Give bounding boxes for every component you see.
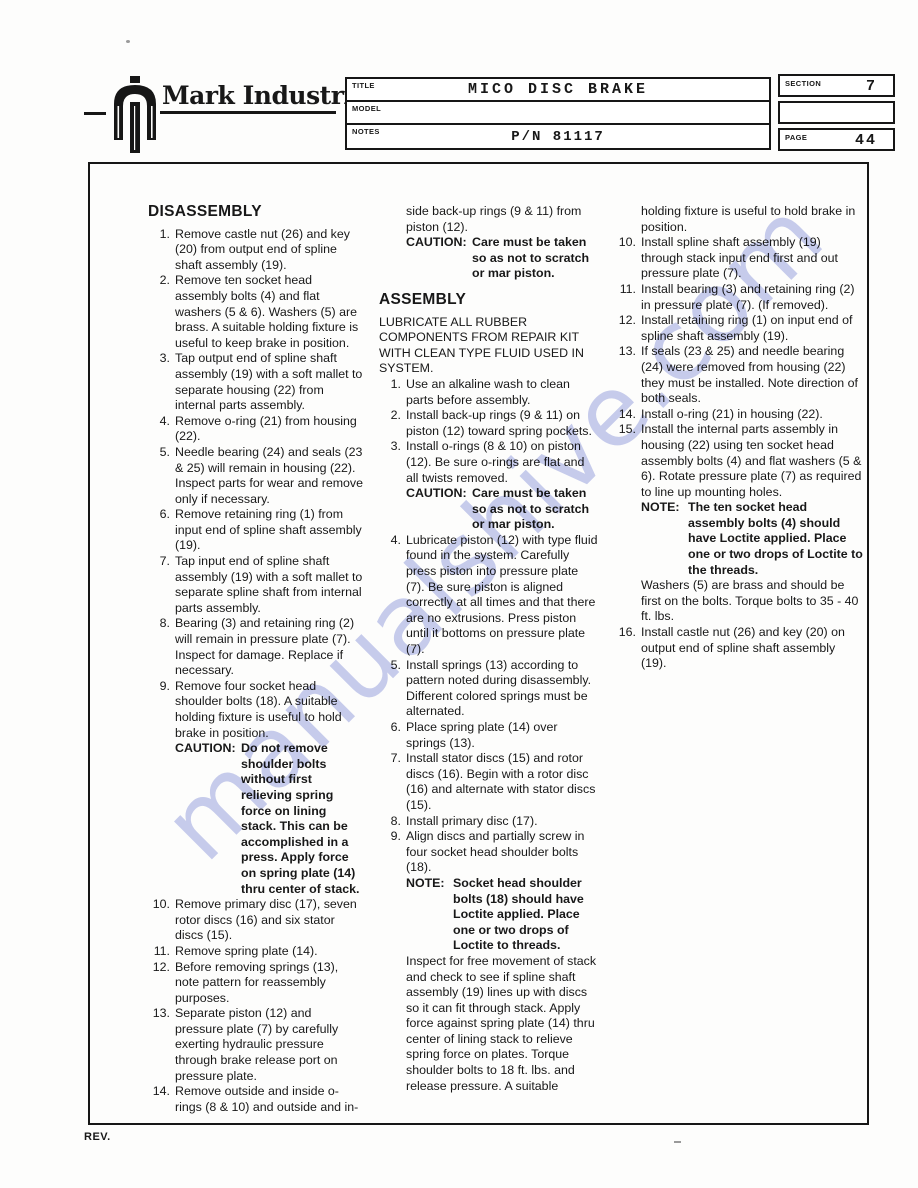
header-rule-left [84,112,106,115]
list-item: 8.Bearing (3) and retaining ring (2) wil… [148,616,363,678]
column-3: holding fixture is useful to hold brake … [614,204,863,1115]
list-item: 2.Install back-up rings (9 & 11) on pist… [379,408,598,439]
item-number: 6. [148,507,170,554]
item-text: Install castle nut (26) and key (20) on … [641,625,863,672]
item-number: 10. [614,235,636,282]
item-text: Place spring plate (14) over springs (13… [406,720,598,751]
item-text: If seals (23 & 25) and needle bearing (2… [641,344,863,406]
item-text: Install retaining ring (1) on input end … [641,313,863,344]
list-item: 4.Lubricate piston (12) with type fluid … [379,533,598,658]
item-text: Use an alkaline wash to clean parts befo… [406,377,598,408]
item-text: Install back-up rings (9 & 11) on piston… [406,408,598,439]
item-number: 8. [379,814,401,830]
list-item: 9.Align discs and partially screw in fou… [379,829,598,876]
caution-block: CAUTION:Do not remove shoulder bolts wit… [175,741,363,897]
caution-text: Care must be taken so as not to scratch … [472,235,598,282]
item-number: 7. [148,554,170,616]
list-item: 10.Install spline shaft assembly (19) th… [614,235,863,282]
item-text: Remove ten socket head assembly bolts (4… [175,273,363,351]
item-text: Install bearing (3) and retaining ring (… [641,282,863,313]
notes-label: NOTES [352,127,380,136]
note-block: NOTE:Socket head shoulder bolts (18) sho… [406,876,598,954]
list-item: 7.Tap input end of spline shaft assembly… [148,554,363,616]
list-item: 7.Install stator discs (15) and rotor di… [379,751,598,813]
item-number: 4. [379,533,401,658]
list-item: 4.Remove o-ring (21) from housing (22). [148,414,363,445]
column-2: side back-up rings (9 & 11) from piston … [379,204,598,1115]
caution-text: Do not remove shoulder bolts without fir… [241,741,363,897]
item-text: Remove outside and inside o-rings (8 & 1… [175,1084,363,1115]
caution-label: CAUTION: [406,235,472,282]
item-number: 9. [148,679,170,741]
caution-block: CAUTION:Care must be taken so as not to … [406,486,598,533]
list-item: 3.Install o-rings (8 & 10) on piston (12… [379,439,598,486]
item-number: 16. [614,625,636,672]
item-text: Bearing (3) and retaining ring (2) will … [175,616,363,678]
list-item: 15.Install the internal parts assembly i… [614,422,863,500]
section-cell: SECTION 7 [778,74,895,97]
item-number: 10. [148,897,170,944]
item-number: 9. [379,829,401,876]
item-number: 13. [148,1006,170,1084]
item-number: 5. [379,658,401,720]
caution-block: CAUTION:Care must be taken so as not to … [406,235,598,282]
list-item: 14.Install o-ring (21) in housing (22). [614,407,863,423]
item-text: Remove primary disc (17), seven rotor di… [175,897,363,944]
item-text: Before removing springs (13), note patte… [175,960,363,1007]
item-text: Remove four socket head shoulder bolts (… [175,679,363,741]
item-text: Remove spring plate (14). [175,944,363,960]
item-text: Install the internal parts assembly in h… [641,422,863,500]
item-number: 13. [614,344,636,406]
page-label: PAGE [785,133,807,142]
note-text: Socket head shoulder bolts (18) should h… [453,876,598,954]
caution-label: CAUTION: [406,486,472,533]
list-item: 12.Install retaining ring (1) on input e… [614,313,863,344]
continued-text: holding fixture is useful to hold brake … [641,204,863,235]
list-item: 14.Remove outside and inside o-rings (8 … [148,1084,363,1115]
lead-paragraph: LUBRICATE ALL RUBBER COMPONENTS FROM REP… [379,315,598,377]
page-value: 44 [855,132,877,149]
title-row: TITLE MICO DISC BRAKE [347,79,769,102]
section-value: 7 [866,78,877,95]
item-number: 8. [148,616,170,678]
section-label: SECTION [785,79,821,88]
item-number: 1. [379,377,401,408]
continued-text: side back-up rings (9 & 11) from piston … [406,204,598,235]
list-item: 11.Remove spring plate (14). [148,944,363,960]
list-item: 1.Remove castle nut (26) and key (20) fr… [148,227,363,274]
note-text: The ten socket head assembly bolts (4) s… [688,500,863,578]
caution-text: Care must be taken so as not to scratch … [472,486,598,533]
list-item: 13.Separate piston (12) and pressure pla… [148,1006,363,1084]
item-number: 14. [614,407,636,423]
blank-cell [778,101,895,124]
rev-label: REV. [84,1131,111,1143]
title-label: TITLE [352,81,375,90]
item-text: Install stator discs (15) and rotor disc… [406,751,598,813]
note-block: NOTE:The ten socket head assembly bolts … [641,500,863,578]
list-item: 1.Use an alkaline wash to clean parts be… [379,377,598,408]
item-number: 5. [148,445,170,507]
list-item: 12.Before removing springs (13), note pa… [148,960,363,1007]
content-border-box: DISASSEMBLY 1.Remove castle nut (26) and… [88,162,869,1125]
note-label: NOTE: [406,876,453,954]
item-text: Remove castle nut (26) and key (20) from… [175,227,363,274]
text-columns: DISASSEMBLY 1.Remove castle nut (26) and… [148,204,863,1115]
page-cell: PAGE 44 [778,128,895,151]
item-text: Tap input end of spline shaft assembly (… [175,554,363,616]
item-text: Tap output end of spline shaft assembly … [175,351,363,413]
section-heading-assembly: ASSEMBLY [379,292,598,308]
item-number: 11. [614,282,636,313]
item-text: Install o-ring (21) in housing (22). [641,407,863,423]
item-number: 12. [148,960,170,1007]
list-item: 10.Remove primary disc (17), seven rotor… [148,897,363,944]
item-number: 12. [614,313,636,344]
item-number: 11. [148,944,170,960]
column-1: DISASSEMBLY 1.Remove castle nut (26) and… [148,204,363,1115]
scan-speck [126,40,130,43]
item-number: 14. [148,1084,170,1115]
item-number: 15. [614,422,636,500]
item-number: 1. [148,227,170,274]
mark-industries-logo-icon [111,76,159,153]
list-item: 6.Place spring plate (14) over springs (… [379,720,598,751]
item-number: 3. [379,439,401,486]
scanned-manual-page: Mark Industries TITLE MICO DISC BRAKE MO… [0,0,918,1188]
item-text: Install springs (13) according to patter… [406,658,598,720]
list-item: 13.If seals (23 & 25) and needle bearing… [614,344,863,406]
list-item: 9.Remove four socket head shoulder bolts… [148,679,363,741]
section-heading-disassembly: DISASSEMBLY [148,204,363,220]
list-item: 6.Remove retaining ring (1) from input e… [148,507,363,554]
item-text: Align discs and partially screw in four … [406,829,598,876]
list-item: 5.Install springs (13) according to patt… [379,658,598,720]
paragraph: Inspect for free movement of stack and c… [406,954,598,1094]
scan-speck [674,1141,681,1143]
list-item: 16.Install castle nut (26) and key (20) … [614,625,863,672]
item-number: 7. [379,751,401,813]
list-item: 5.Needle bearing (24) and seals (23 & 25… [148,445,363,507]
list-item: 8.Install primary disc (17). [379,814,598,830]
list-item: 2.Remove ten socket head assembly bolts … [148,273,363,351]
item-text: Remove retaining ring (1) from input end… [175,507,363,554]
title-block-table: TITLE MICO DISC BRAKE MODEL NOTES P/N 81… [345,77,771,150]
item-number: 2. [379,408,401,439]
notes-row: NOTES P/N 81117 [347,125,769,148]
caution-label: CAUTION: [175,741,241,897]
model-row: MODEL [347,102,769,125]
item-number: 6. [379,720,401,751]
list-item: 11.Install bearing (3) and retaining rin… [614,282,863,313]
note-label: NOTE: [641,500,688,578]
item-text: Separate piston (12) and pressure plate … [175,1006,363,1084]
model-label: MODEL [352,104,381,113]
list-item: 3.Tap output end of spline shaft assembl… [148,351,363,413]
item-text: Install primary disc (17). [406,814,598,830]
item-text: Install spline shaft assembly (19) throu… [641,235,863,282]
item-number: 3. [148,351,170,413]
item-text: Install o-rings (8 & 10) on piston (12).… [406,439,598,486]
paragraph: Washers (5) are brass and should be firs… [641,578,863,625]
notes-value: P/N 81117 [347,129,769,145]
brand-underline [160,111,336,114]
item-number: 2. [148,273,170,351]
item-text: Needle bearing (24) and seals (23 & 25) … [175,445,363,507]
title-value: MICO DISC BRAKE [347,81,769,98]
item-text: Lubricate piston (12) with type fluid fo… [406,533,598,658]
item-number: 4. [148,414,170,445]
item-text: Remove o-ring (21) from housing (22). [175,414,363,445]
